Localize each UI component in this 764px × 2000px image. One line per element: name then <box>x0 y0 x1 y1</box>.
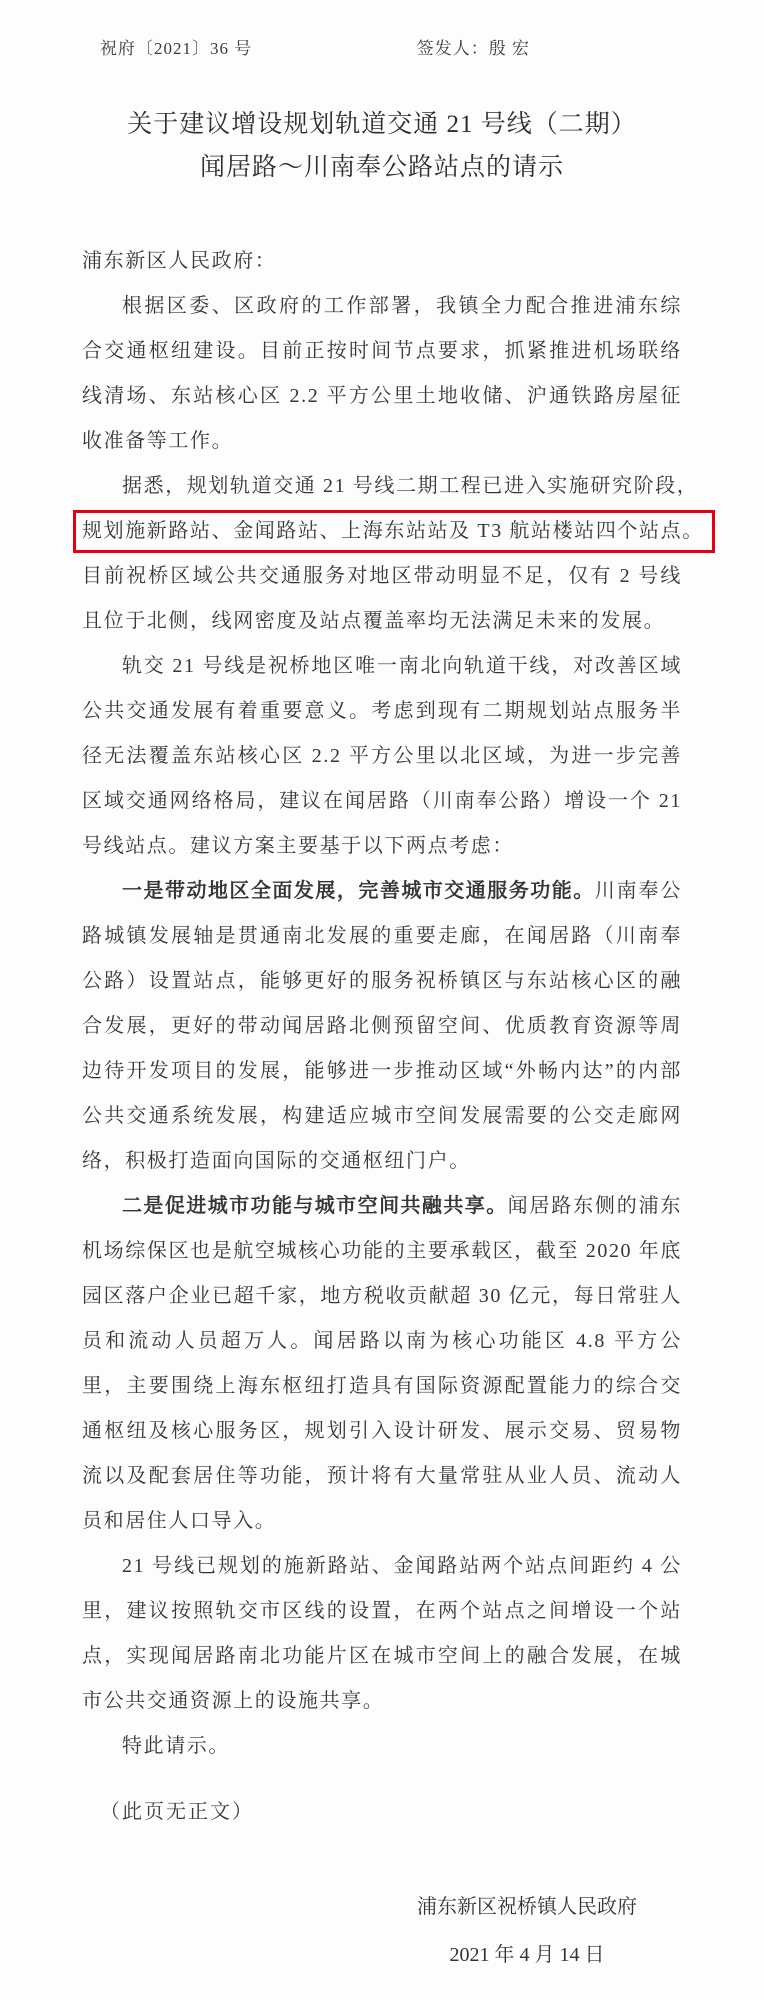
highlight-line: 规划施新路站、金闻路站、上海东站站及 T3 航站楼站四个站点。 <box>82 509 682 554</box>
highlight-box: 规划施新路站、金闻路站、上海东站站及 T3 航站楼站四个站点。 <box>73 510 715 553</box>
issue-date: 2021 年 4 月 14 日 <box>417 1931 637 1979</box>
salutation: 浦东新区人民政府： <box>82 239 682 284</box>
paragraph-5: 二是促进城市功能与城市空间共融共享。闻居路东侧的浦东机场综保区也是航空城核心功能… <box>82 1184 682 1544</box>
paragraph-2-lead: 据悉，规划轨道交通 21 号线二期工程已进入实施研究阶段， <box>82 464 682 509</box>
document-header: 祝府〔2021〕36 号 签发人：殷 宏 <box>0 0 764 59</box>
paragraph-3: 轨交 21 号线是祝桥地区唯一南北向轨道干线，对改善区域公共交通发展有着重要意义… <box>82 644 682 869</box>
paragraph-4: 一是带动地区全面发展，完善城市交通服务功能。川南奉公路城镇发展轴是贯通南北发展的… <box>82 869 682 1184</box>
paragraph-6: 21 号线已规划的施新路站、金闻路站两个站点间距约 4 公里，建议按照轨交市区线… <box>82 1544 682 1724</box>
doc-number: 祝府〔2021〕36 号 <box>100 34 252 59</box>
paragraph-1: 根据区委、区政府的工作部署，我镇全力配合推进浦东综合交通枢纽建设。目前正按时间节… <box>82 284 682 464</box>
document-page: 祝府〔2021〕36 号 签发人：殷 宏 关于建议增设规划轨道交通 21 号线（… <box>0 0 764 2000</box>
document-title: 关于建议增设规划轨道交通 21 号线（二期） 闻居路～川南奉公路站点的请示 <box>0 103 764 189</box>
title-line-2: 闻居路～川南奉公路站点的请示 <box>0 146 764 189</box>
paragraph-4-lead: 一是带动地区全面发展，完善城市交通服务功能。 <box>122 880 595 902</box>
signer-label: 签发人：殷 宏 <box>417 34 530 59</box>
paragraph-5-text: 闻居路东侧的浦东机场综保区也是航空城核心功能的主要承载区，截至 2020 年底园… <box>82 1195 682 1532</box>
paragraph-2: 据悉，规划轨道交通 21 号线二期工程已进入实施研究阶段， 规划施新路站、金闻路… <box>82 464 682 644</box>
document-footer: 浦东新区祝桥镇人民政府 2021 年 4 月 14 日 <box>417 1883 637 1979</box>
paragraph-2-rest: 目前祝桥区域公共交通服务对地区带动明显不足，仅有 2 号线且位于北侧，线网密度及… <box>82 554 682 644</box>
paragraph-4-text: 川南奉公路城镇发展轴是贯通南北发展的重要走廊，在闻居路（川南奉公路）设置站点，能… <box>82 880 682 1172</box>
title-line-1: 关于建议增设规划轨道交通 21 号线（二期） <box>0 103 764 146</box>
closing-line: 特此请示。 <box>82 1724 682 1769</box>
paragraph-5-lead: 二是促进城市功能与城市空间共融共享。 <box>122 1195 508 1217</box>
issuer-name: 浦东新区祝桥镇人民政府 <box>417 1883 637 1931</box>
no-text-note: （此页无正文） <box>100 1795 254 1824</box>
document-body: 浦东新区人民政府： 根据区委、区政府的工作部署，我镇全力配合推进浦东综合交通枢纽… <box>0 189 764 1769</box>
